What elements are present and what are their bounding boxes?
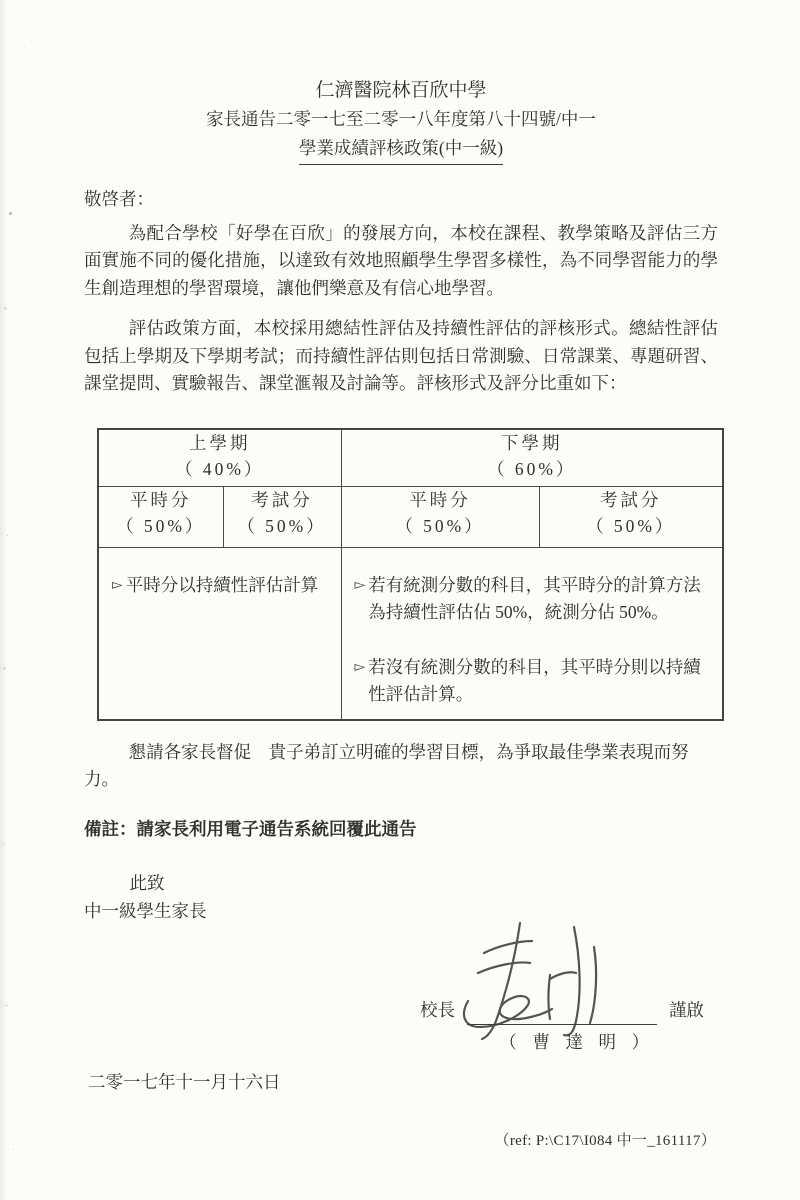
table-row-notes: ▻ 平時分以持續性評估計算 ▻ 若有統測分數的科目，其平時分的計算方法為持續性評… (98, 547, 723, 720)
principal-name: （ 曹 達 明 ） (472, 1029, 682, 1057)
principal-role-label: 校長 (420, 997, 455, 1025)
table-row-terms: 上學期 （ 40%） 下學期 （ 60%） (98, 429, 723, 487)
signature-line-row: 校長 謹啟 (420, 997, 704, 1025)
cell-term2-exam: 考試分 （ 50%） (539, 486, 723, 547)
notice-date: 二零一七年十一月十六日 (88, 1069, 718, 1097)
notice-subject-text: 學業成績評核政策(中一級) (299, 134, 503, 165)
component-label: 平時分 (99, 487, 223, 513)
arrowhead-bullet-icon: ▻ (355, 572, 366, 599)
signature-line (467, 1000, 657, 1025)
reference-number: （ref: P:\C17\I084 中一_161117） (84, 1128, 718, 1156)
salutation: 敬啓者： (84, 186, 718, 214)
title-block: 仁濟醫院林百欣中學 家長通告二零一七至二零一八年度第八十四號/中一 學業成績評核… (84, 76, 718, 165)
note-text: 若沒有統測分數的科目，其平時分則以持續性評估計算。 (368, 654, 712, 709)
notice-subject: 學業成績評核政策(中一級) (84, 134, 718, 165)
term2-label: 下學期 (342, 430, 723, 456)
remark-reply-instruction: 備註：請家長利用電子通告系統回覆此通告 (84, 816, 718, 844)
note-bullet: ▻ 若沒有統測分數的科目，其平時分則以持續性評估計算。 (355, 654, 713, 709)
cell-term1-coursework: 平時分 （ 50%） (98, 486, 223, 547)
cell-term1: 上學期 （ 40%） (98, 429, 341, 487)
note-text: 平時分以持續性評估計算 (126, 572, 331, 600)
note-bullet: ▻ 若有統測分數的科目，其平時分的計算方法為持續性評估佔 50%，統測分佔 50… (355, 572, 713, 627)
cell-term2-coursework: 平時分 （ 50%） (341, 486, 539, 547)
term2-weight: （ 60%） (342, 456, 723, 482)
component-weight: （ 50%） (540, 513, 723, 539)
document-body: 仁濟醫院林百欣中學 家長通告二零一七至二零一八年度第八十四號/中一 學業成績評核… (84, 76, 718, 1155)
cell-term2-notes: ▻ 若有統測分數的科目，其平時分的計算方法為持續性評估佔 50%，統測分佔 50… (341, 547, 723, 720)
assessment-weighting-table: 上學期 （ 40%） 下學期 （ 60%） 平時分 （ 50%） 考試分 (97, 428, 724, 721)
cell-term1-notes: ▻ 平時分以持續性評估計算 (98, 547, 341, 720)
component-weight: （ 50%） (224, 513, 341, 539)
signature-block: 校長 謹啟 （ 曹 達 明 ） (84, 931, 718, 1053)
school-name: 仁濟醫院林百欣中學 (84, 76, 718, 105)
component-label: 平時分 (342, 487, 539, 513)
term1-weight: （ 40%） (99, 456, 341, 482)
note-text: 若有統測分數的科目，其平時分的計算方法為持續性評估佔 50%，統測分佔 50%。 (368, 572, 712, 627)
notice-number-line: 家長通告二零一七至二零一八年度第八十四號/中一 (84, 105, 718, 134)
valediction: 此致 (84, 870, 718, 898)
cell-term2: 下學期 （ 60%） (341, 429, 723, 487)
paragraph-intro: 為配合學校「好學在百欣」的發展方向，本校在課程、教學策略及評估三方面實施不同的優… (84, 220, 718, 303)
scan-artifact (9, 212, 12, 215)
component-weight: （ 50%） (342, 513, 539, 539)
arrowhead-bullet-icon: ▻ (112, 572, 123, 599)
paragraph-assessment-policy: 評估政策方面，本校採用總結性評估及持續性評估的評核形式。總結性評估包括上學期及下… (84, 315, 718, 398)
arrowhead-bullet-icon: ▻ (355, 654, 366, 681)
component-label: 考試分 (224, 487, 341, 513)
scan-edge-shadow (0, 0, 7, 1200)
term1-label: 上學期 (99, 430, 341, 456)
component-weight: （ 50%） (99, 513, 223, 539)
component-label: 考試分 (540, 487, 723, 513)
table-row-components: 平時分 （ 50%） 考試分 （ 50%） 平時分 （ 50%） 考試分 （ 5… (98, 486, 723, 547)
closing-exhortation: 懇請各家長督促 貴子弟訂立明確的學習目標，為爭取最佳學業表現而努力。 (84, 739, 718, 794)
scanned-notice-page: 仁濟醫院林百欣中學 家長通告二零一七至二零一八年度第八十四號/中一 學業成績評核… (0, 0, 800, 1200)
note-bullet: ▻ 平時分以持續性評估計算 (112, 572, 331, 600)
signoff-label: 謹啟 (669, 997, 704, 1025)
cell-term1-exam: 考試分 （ 50%） (223, 486, 341, 547)
